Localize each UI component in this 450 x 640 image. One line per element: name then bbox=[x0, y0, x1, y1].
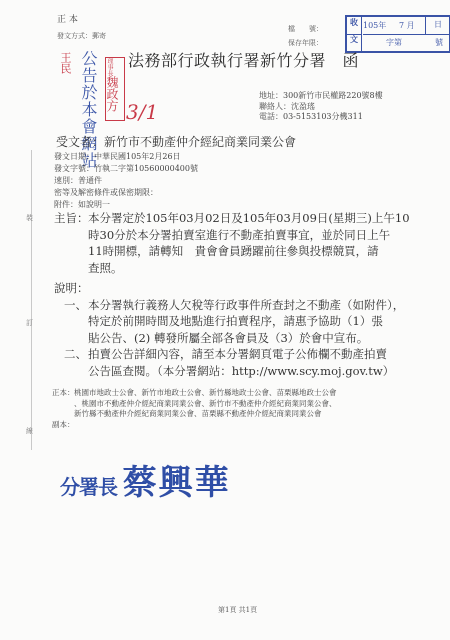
contact-person: 聯絡人：沈盈瑤 bbox=[259, 102, 383, 113]
item-line: 貼公告、(2) 轉發所屬全部各會員及（3）於會中宣布。 bbox=[88, 330, 449, 347]
distribution-section: 正本： 桃園市地政士公會、新竹市地政士公會、新竹縣地政士公會、苗栗縣地政士公會 … bbox=[52, 388, 447, 430]
stamp-word: 字第 bbox=[363, 34, 425, 52]
subject-line: 11時開標，請轉知 貴會會員踴躍前往參與投標競買，請 bbox=[88, 243, 449, 260]
seal-name: 魏政方 bbox=[106, 76, 118, 112]
binding-mark: 線 bbox=[26, 426, 33, 436]
contact-block: 地址：300新竹市民權路220號8樓 聯絡人：沈盈瑤 電話：03-5153103… bbox=[259, 91, 383, 123]
stamp-month: 7 月 bbox=[399, 20, 415, 31]
stamp-day: 日 bbox=[425, 17, 450, 35]
document-title: 法務部行政執行署新竹分署 函 bbox=[128, 48, 359, 71]
document-meta: 發文日期：中華民國105年2月26日 發文字號：竹執二字第10560000400… bbox=[54, 151, 198, 211]
retention-label: 保存年限： bbox=[288, 38, 323, 48]
explanation-label: 說明： bbox=[54, 280, 449, 297]
page-indicator: 第1頁 共1頁 bbox=[218, 605, 257, 615]
signature: 分署長 蔡興華 bbox=[60, 455, 231, 504]
item-line: 公告區查閱。（本分署網站：http://www.scy.moj.gov.tw） bbox=[88, 363, 449, 380]
speed-class: 速別：普通件 bbox=[54, 175, 198, 187]
chairman-seal: 理事長 魏政方 bbox=[105, 57, 125, 121]
original-label: 正本： bbox=[52, 388, 75, 399]
copy-label: 副本： bbox=[52, 420, 447, 431]
receipt-stamp: 收 文 105年 7 月 日 字第 號 bbox=[345, 15, 450, 53]
original-line: 桃園市地政士公會、新竹市地政士公會、新竹縣地政士公會、苗栗縣地政士公會 bbox=[74, 388, 447, 399]
item-line: 特定於前開時間及地點進行拍賣程序，請惠予協助（1）張 bbox=[88, 313, 449, 330]
item-number: 二、 bbox=[64, 346, 87, 363]
subject-line: 本分署定於105年03月02日及105年03月09日(星期三)上午10 bbox=[88, 210, 449, 227]
original-line: 、桃園市不動產仲介經紀商業同業公會、新竹市不動產仲介經紀商業同業公會、 bbox=[74, 399, 447, 410]
recipient: 受文者：新竹市不動產仲介經紀商業同業公會 bbox=[56, 133, 296, 150]
handwritten-red-mark: 王民 bbox=[60, 52, 71, 74]
explanation-section: 說明： 一、 本分署執行義務人欠稅等行政事件所查封之不動產（如附件）， 特定於前… bbox=[54, 280, 449, 379]
document-number: 發文字號：竹執二字第10560000400號 bbox=[54, 163, 198, 175]
explanation-item: 二、 拍賣公告詳細內容，請至本分署網頁電子公佈欄不動產拍賣 公告區查閱。（本分署… bbox=[64, 346, 449, 379]
item-number: 一、 bbox=[64, 297, 87, 314]
contact-address: 地址：300新竹市民權路220號8樓 bbox=[259, 91, 383, 102]
stamp-number: 號 bbox=[435, 37, 443, 48]
archive-no-label: 檔 號： bbox=[288, 24, 323, 34]
subject-line: 查照。 bbox=[88, 260, 449, 277]
binding-mark: 訂 bbox=[26, 318, 33, 328]
item-line: 本分署執行義務人欠稅等行政事件所查封之不動產（如附件）， bbox=[88, 297, 449, 314]
binding-mark: 裝 bbox=[26, 213, 33, 223]
subject-label: 主旨： bbox=[54, 210, 89, 227]
binding-line bbox=[31, 150, 32, 450]
stamp-year: 105年 bbox=[363, 20, 386, 31]
signature-name: 蔡興華 bbox=[123, 463, 231, 503]
subject-line: 時30分於本分署拍賣室進行不動產拍賣事宜，並於同日上午 bbox=[88, 227, 449, 244]
issue-date: 發文日期：中華民國105年2月26日 bbox=[54, 151, 198, 163]
copy-type: 正 本 bbox=[57, 12, 78, 25]
secrecy-level: 密等及解密條件或保密期限： bbox=[54, 187, 198, 199]
sender-method: 發文方式：郵寄 bbox=[57, 31, 106, 41]
explanation-item: 一、 本分署執行義務人欠稅等行政事件所查封之不動產（如附件）， 特定於前開時間及… bbox=[64, 297, 449, 347]
seal-title: 理事長 bbox=[106, 58, 113, 76]
original-line: 新竹縣不動產仲介經紀商業同業公會、苗栗縣不動產仲介經紀商業同業公會 bbox=[74, 409, 447, 420]
contact-phone: 電話：03-5153103分機311 bbox=[259, 112, 383, 123]
stamp-receive-label: 收 bbox=[347, 17, 362, 35]
item-line: 拍賣公告詳細內容，請至本分署網頁電子公佈欄不動產拍賣 bbox=[88, 346, 449, 363]
signature-title: 分署長 bbox=[60, 475, 117, 499]
subject-section: 主旨： 本分署定於105年03月02日及105年03月09日(星期三)上午10 … bbox=[54, 210, 449, 276]
handwritten-date-note: 3/1 bbox=[126, 100, 158, 124]
